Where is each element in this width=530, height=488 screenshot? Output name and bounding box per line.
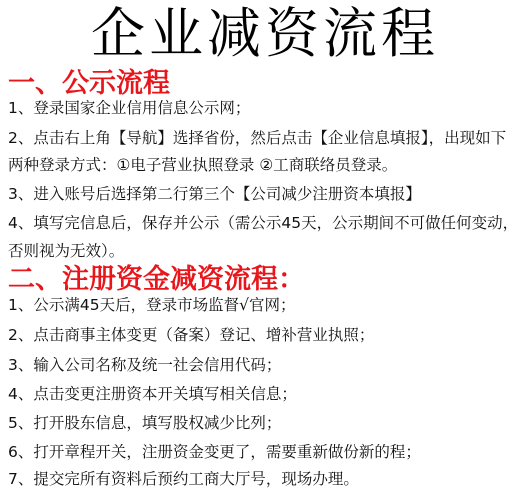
capital-step-2: 2、点击商事主体变更（备案）登记、增补营业执照； [8,325,374,345]
capital-step-4: 4、点击变更注册资本开关填写相关信息； [8,384,297,404]
publicity-step-3: 3、进入账号后选择第二行第三个【公司减少注册资本填报】 [8,184,421,204]
publicity-step-2-continued: 两种登录方式：①电子营业执照登录 ②工商联络员登录。 [8,155,397,175]
capital-step-7: 7、提交完所有资料后预约工商大厅号，现场办理。 [8,469,359,488]
publicity-step-4-continued: 否则视为无效）。 [8,241,124,261]
section-heading-capital-reduction: 二、注册资金减资流程： [8,264,305,296]
capital-step-3: 3、输入公司名称及统一社会信用代码； [8,355,281,375]
capital-step-6: 6、打开章程开关，注册资金变更了，需要重新做份新的程； [8,442,421,462]
capital-step-5: 5、打开股东信息，填写股权减少比列； [8,413,281,433]
page-title: 企业减资流程 [0,2,530,66]
publicity-step-4: 4、填写完信息后，保存并公示（需公示45天，公示期间不可做任何变动， [8,213,518,233]
capital-step-1: 1、公示满45天后，登录市场监督√官网； [8,295,295,315]
publicity-step-2: 2、点击右上角【导航】选择省份，然后点击【企业信息填报】，出现如下 [8,128,506,148]
publicity-step-1: 1、登录国家企业信用信息公示网； [8,98,250,118]
section-heading-publicity: 一、公示流程 [8,68,170,100]
